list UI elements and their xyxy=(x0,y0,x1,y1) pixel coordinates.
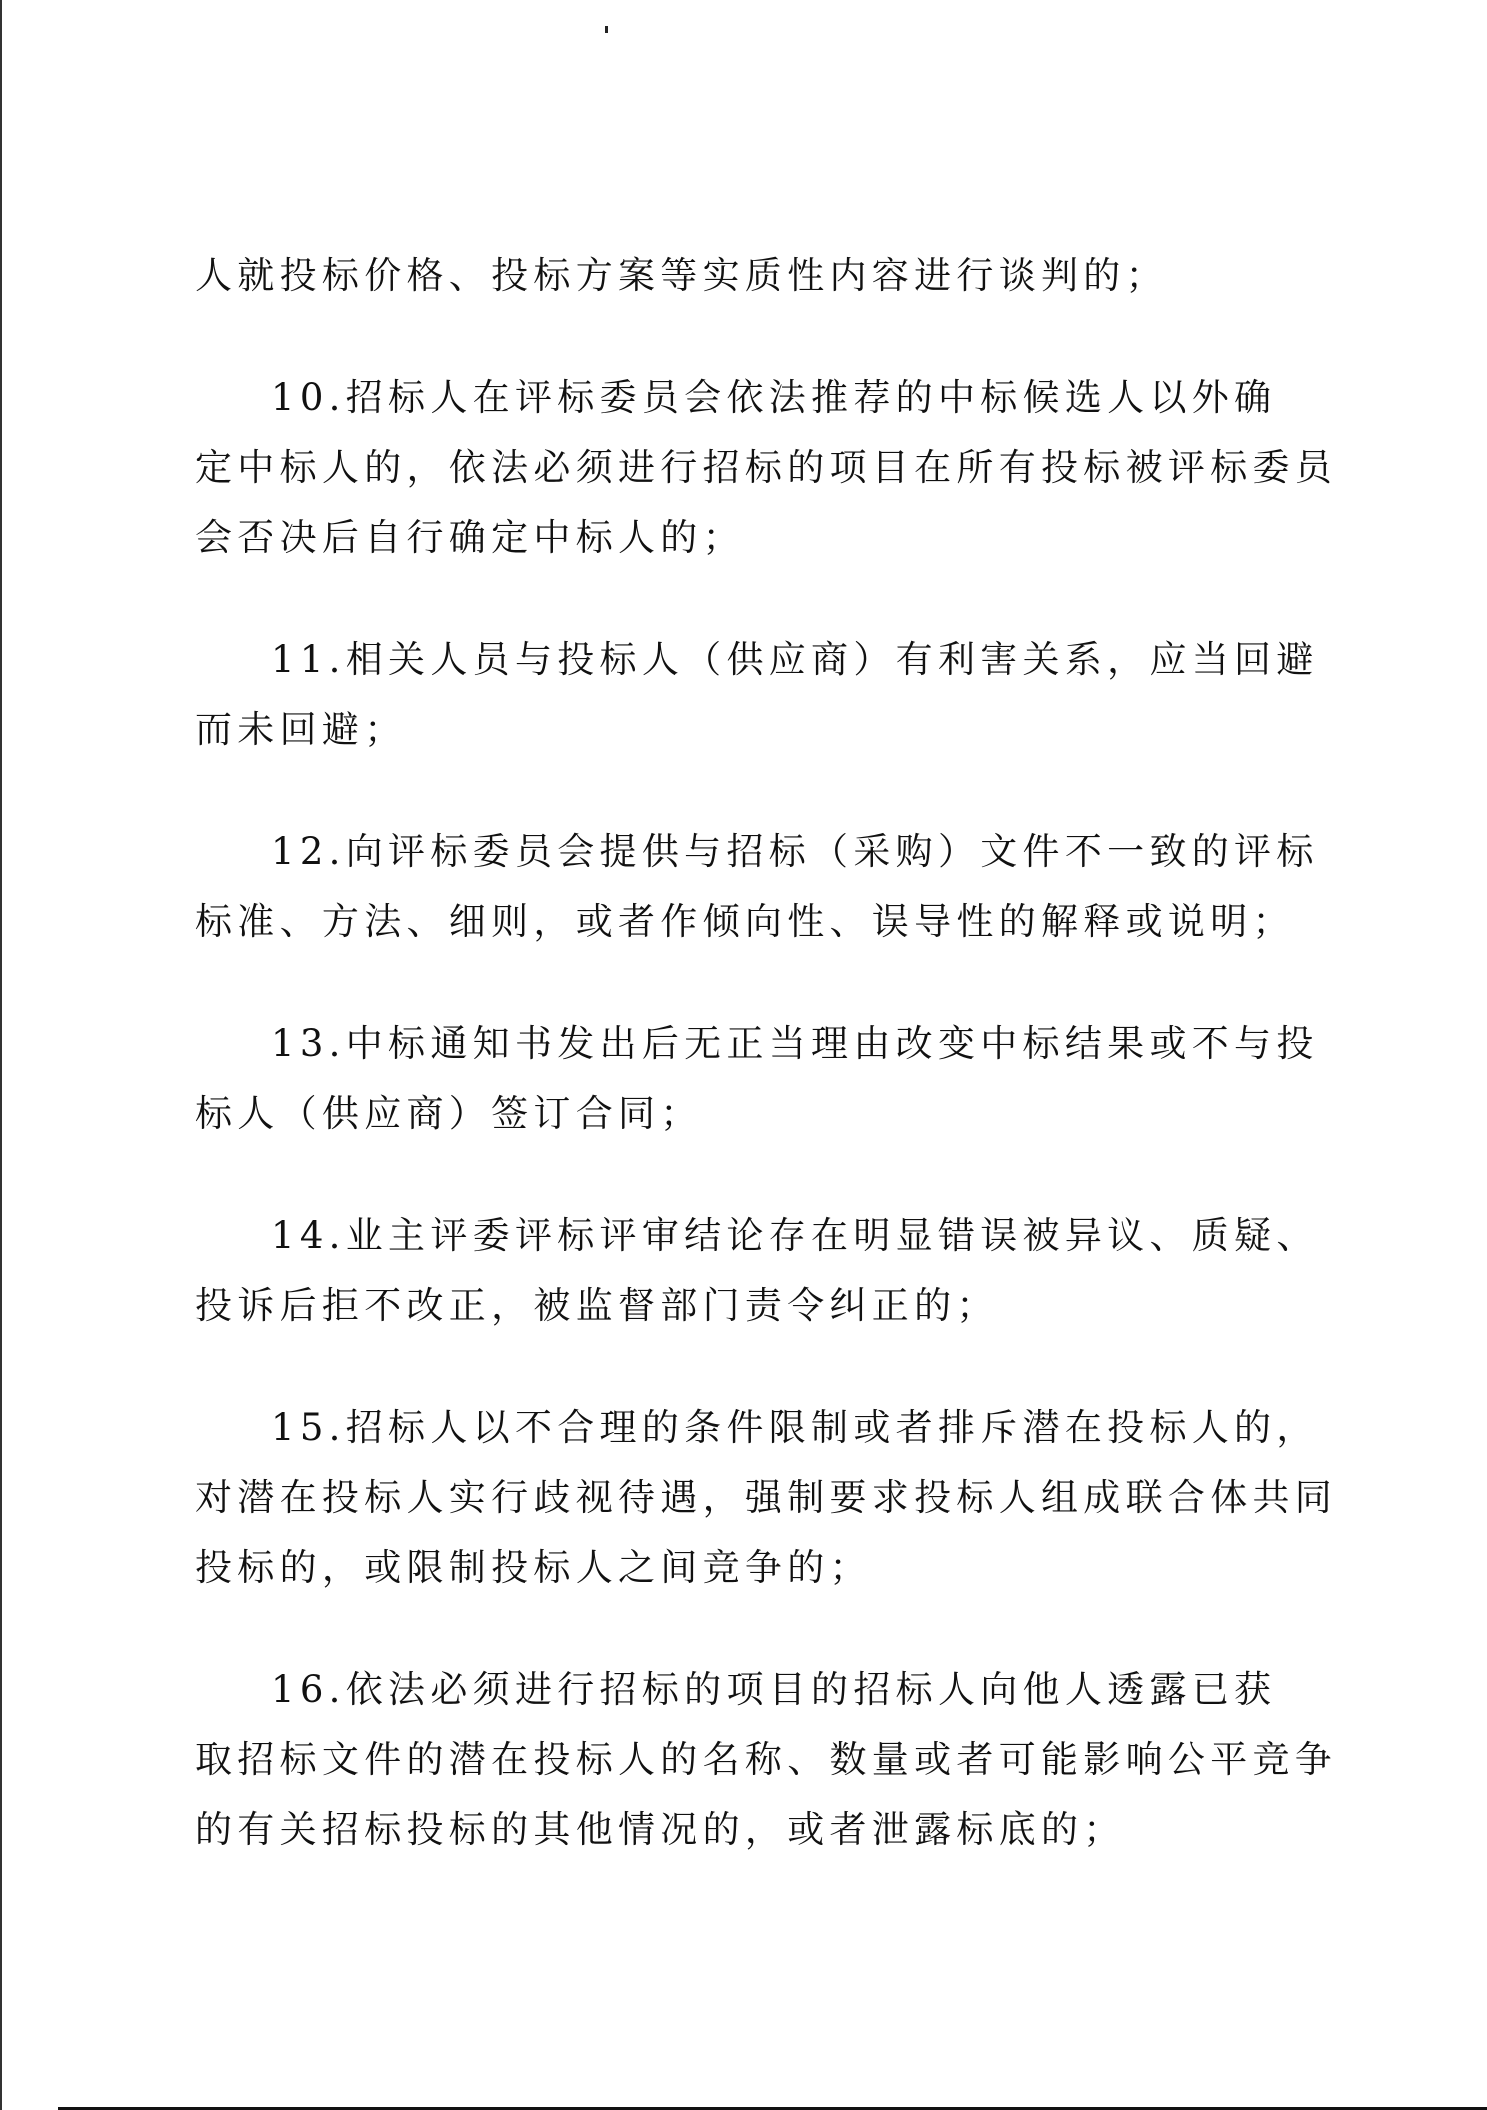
document-page: 人就投标价格、投标方案等实质性内容进行谈判的； 10.招标人在评标委员会依法推荐… xyxy=(0,0,1487,2110)
text-line: 标人（供应商）签订合同； xyxy=(195,1086,1275,1156)
text-line: 13.中标通知书发出后无正当理由改变中标结果或不与投 xyxy=(195,1016,1275,1086)
text-line: 11.相关人员与投标人（供应商）有利害关系，应当回避 xyxy=(195,632,1275,702)
text-line: 14.业主评委评标评审结论存在明显错误被异议、质疑、 xyxy=(195,1208,1275,1278)
text-line: 投标的，或限制投标人之间竞争的； xyxy=(195,1540,1275,1610)
text-line: 对潜在投标人实行歧视待遇，强制要求投标人组成联合体共同 xyxy=(195,1470,1275,1540)
text-line: 会否决后自行确定中标人的； xyxy=(195,510,1275,580)
paragraph-16: 16.依法必须进行招标的项目的招标人向他人透露已获 取招标文件的潜在投标人的名称… xyxy=(195,1662,1275,1872)
scan-artifact-mark xyxy=(605,26,608,33)
paragraph-10: 10.招标人在评标委员会依法推荐的中标候选人以外确 定中标人的，依法必须进行招标… xyxy=(195,370,1275,580)
paragraph-15: 15.招标人以不合理的条件限制或者排斥潜在投标人的， 对潜在投标人实行歧视待遇，… xyxy=(195,1400,1275,1610)
text-line: 标准、方法、细则，或者作倾向性、误导性的解释或说明； xyxy=(195,894,1275,964)
paragraph-13: 13.中标通知书发出后无正当理由改变中标结果或不与投 标人（供应商）签订合同； xyxy=(195,1016,1275,1156)
paragraph-12: 12.向评标委员会提供与招标（采购）文件不一致的评标 标准、方法、细则，或者作倾… xyxy=(195,824,1275,964)
text-line: 12.向评标委员会提供与招标（采购）文件不一致的评标 xyxy=(195,824,1275,894)
text-line: 而未回避； xyxy=(195,702,1275,772)
paragraph-11: 11.相关人员与投标人（供应商）有利害关系，应当回避 而未回避； xyxy=(195,632,1275,772)
text-line: 取招标文件的潜在投标人的名称、数量或者可能影响公平竞争 xyxy=(195,1732,1275,1802)
text-line: 15.招标人以不合理的条件限制或者排斥潜在投标人的， xyxy=(195,1400,1275,1470)
document-body: 人就投标价格、投标方案等实质性内容进行谈判的； 10.招标人在评标委员会依法推荐… xyxy=(195,248,1275,1872)
text-line: 投诉后拒不改正，被监督部门责令纠正的； xyxy=(195,1278,1275,1348)
text-line: 人就投标价格、投标方案等实质性内容进行谈判的； xyxy=(195,248,1275,318)
paragraph-14: 14.业主评委评标评审结论存在明显错误被异议、质疑、 投诉后拒不改正，被监督部门… xyxy=(195,1208,1275,1348)
paragraph-9-continuation: 人就投标价格、投标方案等实质性内容进行谈判的； xyxy=(195,248,1275,318)
text-line: 16.依法必须进行招标的项目的招标人向他人透露已获 xyxy=(195,1662,1275,1732)
text-line: 定中标人的，依法必须进行招标的项目在所有投标被评标委员 xyxy=(195,440,1275,510)
text-line: 的有关招标投标的其他情况的，或者泄露标底的； xyxy=(195,1802,1275,1872)
text-line: 10.招标人在评标委员会依法推荐的中标候选人以外确 xyxy=(195,370,1275,440)
page-left-border xyxy=(0,0,2,2110)
